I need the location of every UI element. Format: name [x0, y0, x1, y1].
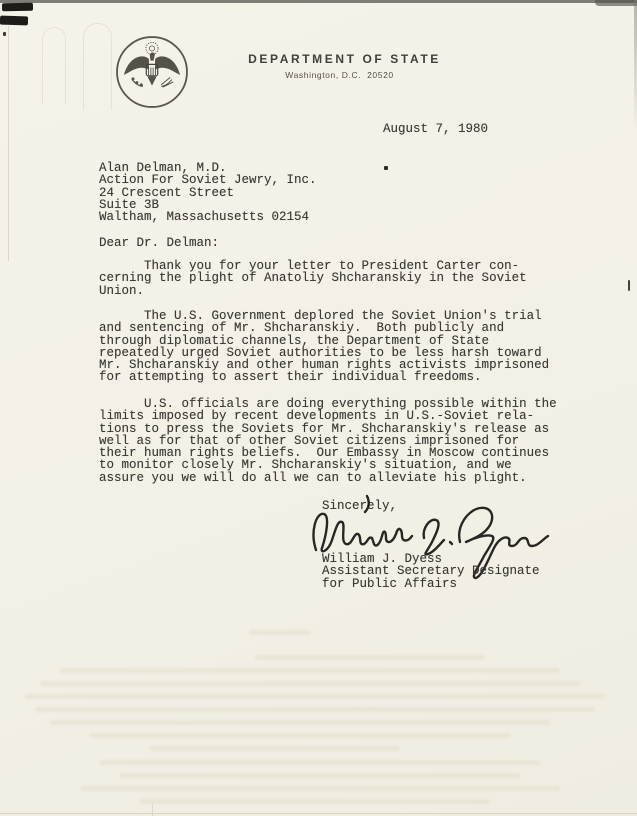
paper-fold-mark — [42, 27, 66, 104]
scan-blot — [2, 3, 33, 12]
department-of-state-seal-icon — [113, 34, 191, 110]
ink-speck — [628, 280, 630, 291]
paper-edge-line — [8, 26, 9, 261]
scan-speck — [3, 32, 6, 36]
scan-edge-bottom — [0, 813, 637, 814]
scan-edge-top — [0, 0, 637, 3]
body-paragraph-1: Thank you for your letter to President C… — [99, 260, 527, 297]
typed-signature-block: William J. Dyess Assistant Secretary Des… — [322, 553, 540, 590]
letterhead-city-line: Washington, D.C. 20520 — [232, 70, 447, 80]
scan-smudge — [595, 0, 637, 6]
scanned-letter-page: DEPARTMENT OF STATE Washington, D.C. 205… — [0, 0, 637, 816]
salutation: Dear Dr. Delman: — [99, 237, 219, 249]
body-paragraph-2: The U.S. Government deplored the Soviet … — [99, 310, 549, 384]
paper-fold-mark — [83, 23, 112, 110]
ink-speck — [384, 166, 388, 170]
letter-date: August 7, 1980 — [383, 123, 488, 135]
scan-blot — [0, 16, 28, 26]
recipient-address-block: Alan Delman, M.D. Action For Soviet Jewr… — [99, 162, 317, 223]
letterhead-agency-name: DEPARTMENT OF STATE — [232, 52, 457, 66]
scan-crease — [152, 802, 153, 816]
body-paragraph-3: U.S. officials are doing everything poss… — [99, 398, 557, 484]
